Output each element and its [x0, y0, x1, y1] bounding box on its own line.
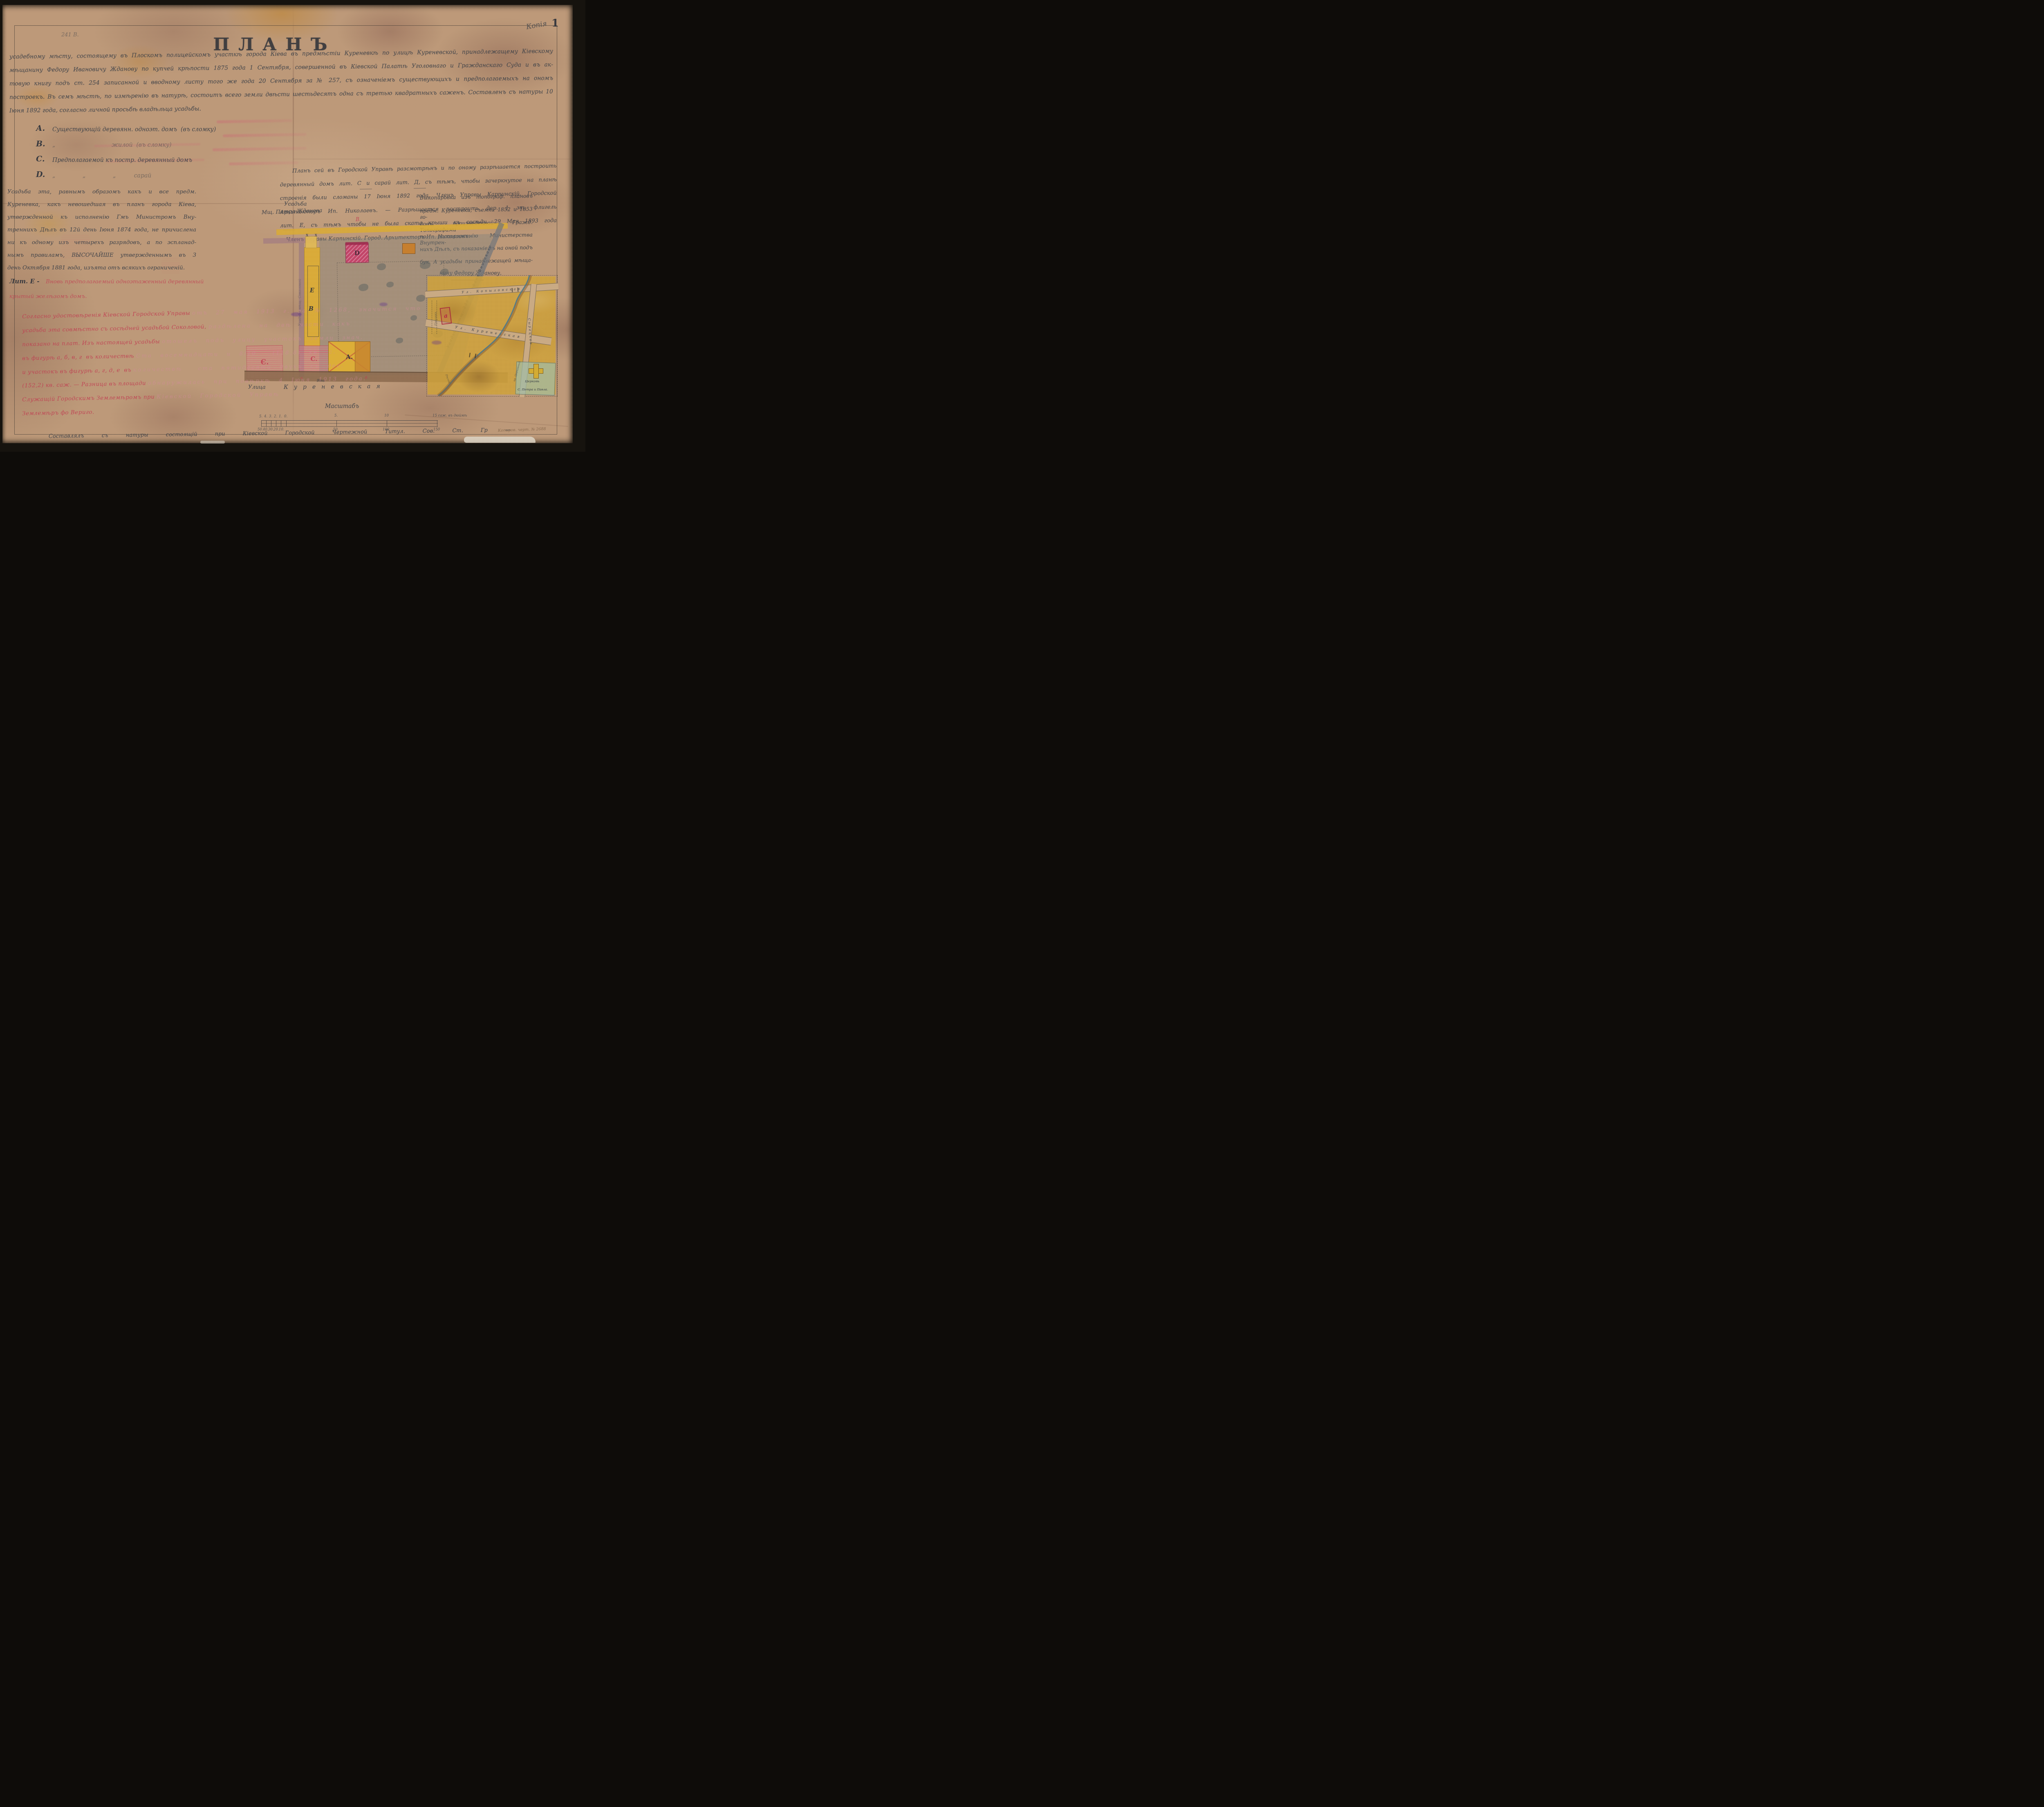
- red-cert-left: Служащій Городскимъ Землемѣромъ при: [22, 394, 157, 403]
- red-mark-road: В.: [356, 217, 361, 222]
- scale-tick: [336, 421, 337, 426]
- building-a-letter: А.: [346, 353, 353, 361]
- red-cert-tail: Кіевской Городской Управѣ: [157, 391, 280, 400]
- scale-label: 5.: [259, 415, 262, 419]
- red-cert-left: Землемѣръ фо Вериго.: [22, 409, 94, 417]
- lit-e-label: Лит. Е -: [9, 278, 39, 285]
- scale-label: 0.: [284, 415, 287, 419]
- scale-tick: [261, 421, 262, 426]
- scale-tick: [271, 421, 271, 426]
- excerpt-line: предм. Куреневки, съемки 1852 и 1853 го-: [420, 206, 533, 220]
- scale-tick: [437, 421, 437, 426]
- scale-tick: [276, 421, 276, 426]
- legend-letter-d: D.: [36, 170, 45, 179]
- legend-text-d: „ „ „ сарай: [52, 173, 151, 179]
- church-building-v: [533, 364, 539, 379]
- legend-text-b: „ жилой (въ сломку): [52, 142, 172, 148]
- scale-tick: [266, 421, 267, 426]
- scale-label: 10: [384, 414, 389, 418]
- scale-tick: [286, 421, 287, 426]
- usadba-line: Усадьба эта, равнымъ образомъ какъ и все…: [7, 188, 196, 195]
- legend-letter-a: А.: [36, 124, 45, 133]
- usadba-line: нымъ правиламъ, ВЫСОЧАЙШЕ утвержденнымъ …: [7, 252, 196, 258]
- violet-ink-blob: [432, 341, 442, 345]
- red-cert-line: Землемѣръ фо Вериго.: [15, 402, 94, 424]
- legend-letter-b: В.: [36, 139, 45, 148]
- scale-right-label: 15 саж. въ дюймѣ: [433, 414, 467, 418]
- scale-label: 3.: [269, 415, 272, 419]
- scale-label: 1.: [279, 415, 282, 419]
- lit-e-text2: крытый желѣзомъ домъ.: [9, 293, 87, 300]
- lit-e-text1: Вновь предполагаемый одноэтаженный дерев…: [46, 278, 204, 285]
- legend-text-a: Существующій деревянн. одноэт. домъ (въ …: [52, 126, 216, 133]
- church-label-2: С. Петра и Павла.: [518, 388, 548, 391]
- scale-tick: [281, 421, 281, 426]
- building-orange-outbuilding: [402, 243, 415, 254]
- usadba-line: Куреневка, какъ невошедшая въ планъ горо…: [7, 201, 196, 208]
- building-e-letter: Е: [310, 287, 314, 294]
- scale-label: 4.: [264, 415, 267, 419]
- map-bridge-middle: [469, 353, 476, 358]
- legend-letter-c: С.: [36, 155, 45, 164]
- scale-label: 5.: [334, 414, 338, 418]
- building-d-top-band: [345, 242, 368, 245]
- building-d-letter: D: [354, 249, 360, 256]
- building-xx-annex: [305, 236, 317, 248]
- map-bridge-top: [512, 287, 519, 292]
- scanned-plan-document: 241 В. Копія 1 ПЛАНЪ усадебному мѣсту, с…: [0, 0, 585, 452]
- scale-bar: [261, 420, 438, 427]
- scale-tick: [387, 421, 387, 426]
- usadba-line: ни къ одному изъ четырехъ разрядовъ, а п…: [7, 239, 196, 246]
- plan-neighbor-top-1: Усадьба: [284, 201, 307, 207]
- usadba-line: день Октября 1881 года, изъята отъ всяки…: [7, 265, 185, 271]
- page-number: 1: [551, 17, 559, 29]
- legend-text-c: Предполагаемой къ постр. деревянный домъ: [52, 157, 192, 164]
- scale-title: Масштабъ: [325, 403, 359, 410]
- building-d-proposed-shed: D: [345, 243, 369, 263]
- usadba-line: утвержденной къ исполненію Гмъ Министром…: [7, 214, 196, 220]
- church-label-1: Церковь: [525, 379, 539, 383]
- usadba-line: треннихъ Дѣлъ въ 12й день Іюня 1874 года…: [7, 226, 196, 233]
- torn-edge-white: [464, 437, 536, 443]
- xx-marks: x x: [306, 232, 320, 238]
- archive-number: 241 В.: [61, 32, 79, 38]
- scale-label: 2.: [274, 415, 277, 419]
- estate-stamp-letter: а: [444, 312, 448, 319]
- torn-edge-nick: [200, 441, 225, 444]
- estate-stamp: а: [440, 307, 452, 325]
